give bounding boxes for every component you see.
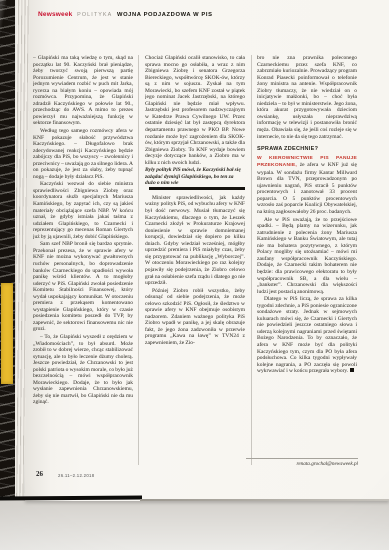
paragraph: Minister sprawiedliwości, jak każdy ważn… <box>145 195 245 287</box>
paragraph: Ale w PiS uważają, że to przejściowe spa… <box>257 217 357 296</box>
magazine-photo: { "header": { "brand": "Newsweek", "sect… <box>0 0 389 550</box>
article-body: – Glapiński ma taką wiedzę o tym, skąd n… <box>33 55 357 467</box>
issue-date: 26.11–2.12.2018 <box>58 473 94 478</box>
table-surface <box>0 500 389 550</box>
section-header: SPRAWA ZDECHNIE? <box>257 146 357 153</box>
paragraph: Według tego samego rozmówcy afera w KNF … <box>33 128 133 180</box>
quote-rule <box>149 187 245 190</box>
paragraph-text: Dlatego w PiS liczą, że sprawa za kilka … <box>257 296 357 374</box>
paragraph: Kaczyński wezwał do siebie ministra spra… <box>33 181 133 240</box>
signature-rule <box>246 458 358 459</box>
section-label: POLITYKA <box>77 12 112 18</box>
end-of-article-icon <box>350 368 354 372</box>
paragraph: – To, że Glapiński wyszedł z orędziem w … <box>33 334 133 406</box>
paragraph: – Glapiński ma taką wiedzę o tym, skąd n… <box>33 55 133 127</box>
lead-in-rest: że afera w KNF już się wypala. W sondażu… <box>257 162 357 215</box>
article-kicker-title: WOJNA PODJAZDOWA W PIS <box>117 12 213 18</box>
paragraph: Dlatego w PiS liczą, że sprawa za kilka … <box>257 296 357 375</box>
pull-quote: Były polityk PiS mówi, że Kaczyński bał … <box>145 167 245 187</box>
newsweek-logo: Newsweek <box>38 11 72 18</box>
paragraph: Chociaż Glapiński ocalił stanowisko, to … <box>145 55 245 166</box>
paragraph: Sam szef NBP bronił się bardzo sprytnie.… <box>33 241 133 333</box>
paragraph-with-lead: W KIEROWNICTWIE PIS PANUJE PRZEKONANIE, … <box>257 155 357 216</box>
page-header: Newsweek POLITYKA WOJNA PODJAZDOWA W PIS <box>38 11 213 18</box>
column-1: – Glapiński ma taką wiedzę o tym, skąd n… <box>33 55 133 467</box>
column-2: Chociaż Glapiński ocalił stanowisko, to … <box>145 55 245 467</box>
spine-strip <box>0 0 15 497</box>
paragraph: Później Ziobro robił wszystko, żeby odsu… <box>145 288 245 347</box>
author-email: renata.grochal@newsweek.pl <box>226 461 358 467</box>
column-3: bro nie zna prawnika poleconego Czarneck… <box>257 55 357 467</box>
page-number: 26 <box>36 470 43 478</box>
spine-yellow-block <box>1 283 13 384</box>
paragraph: bro nie zna prawnika poleconego Czarneck… <box>257 55 357 140</box>
page-bottom-edge <box>140 499 389 501</box>
